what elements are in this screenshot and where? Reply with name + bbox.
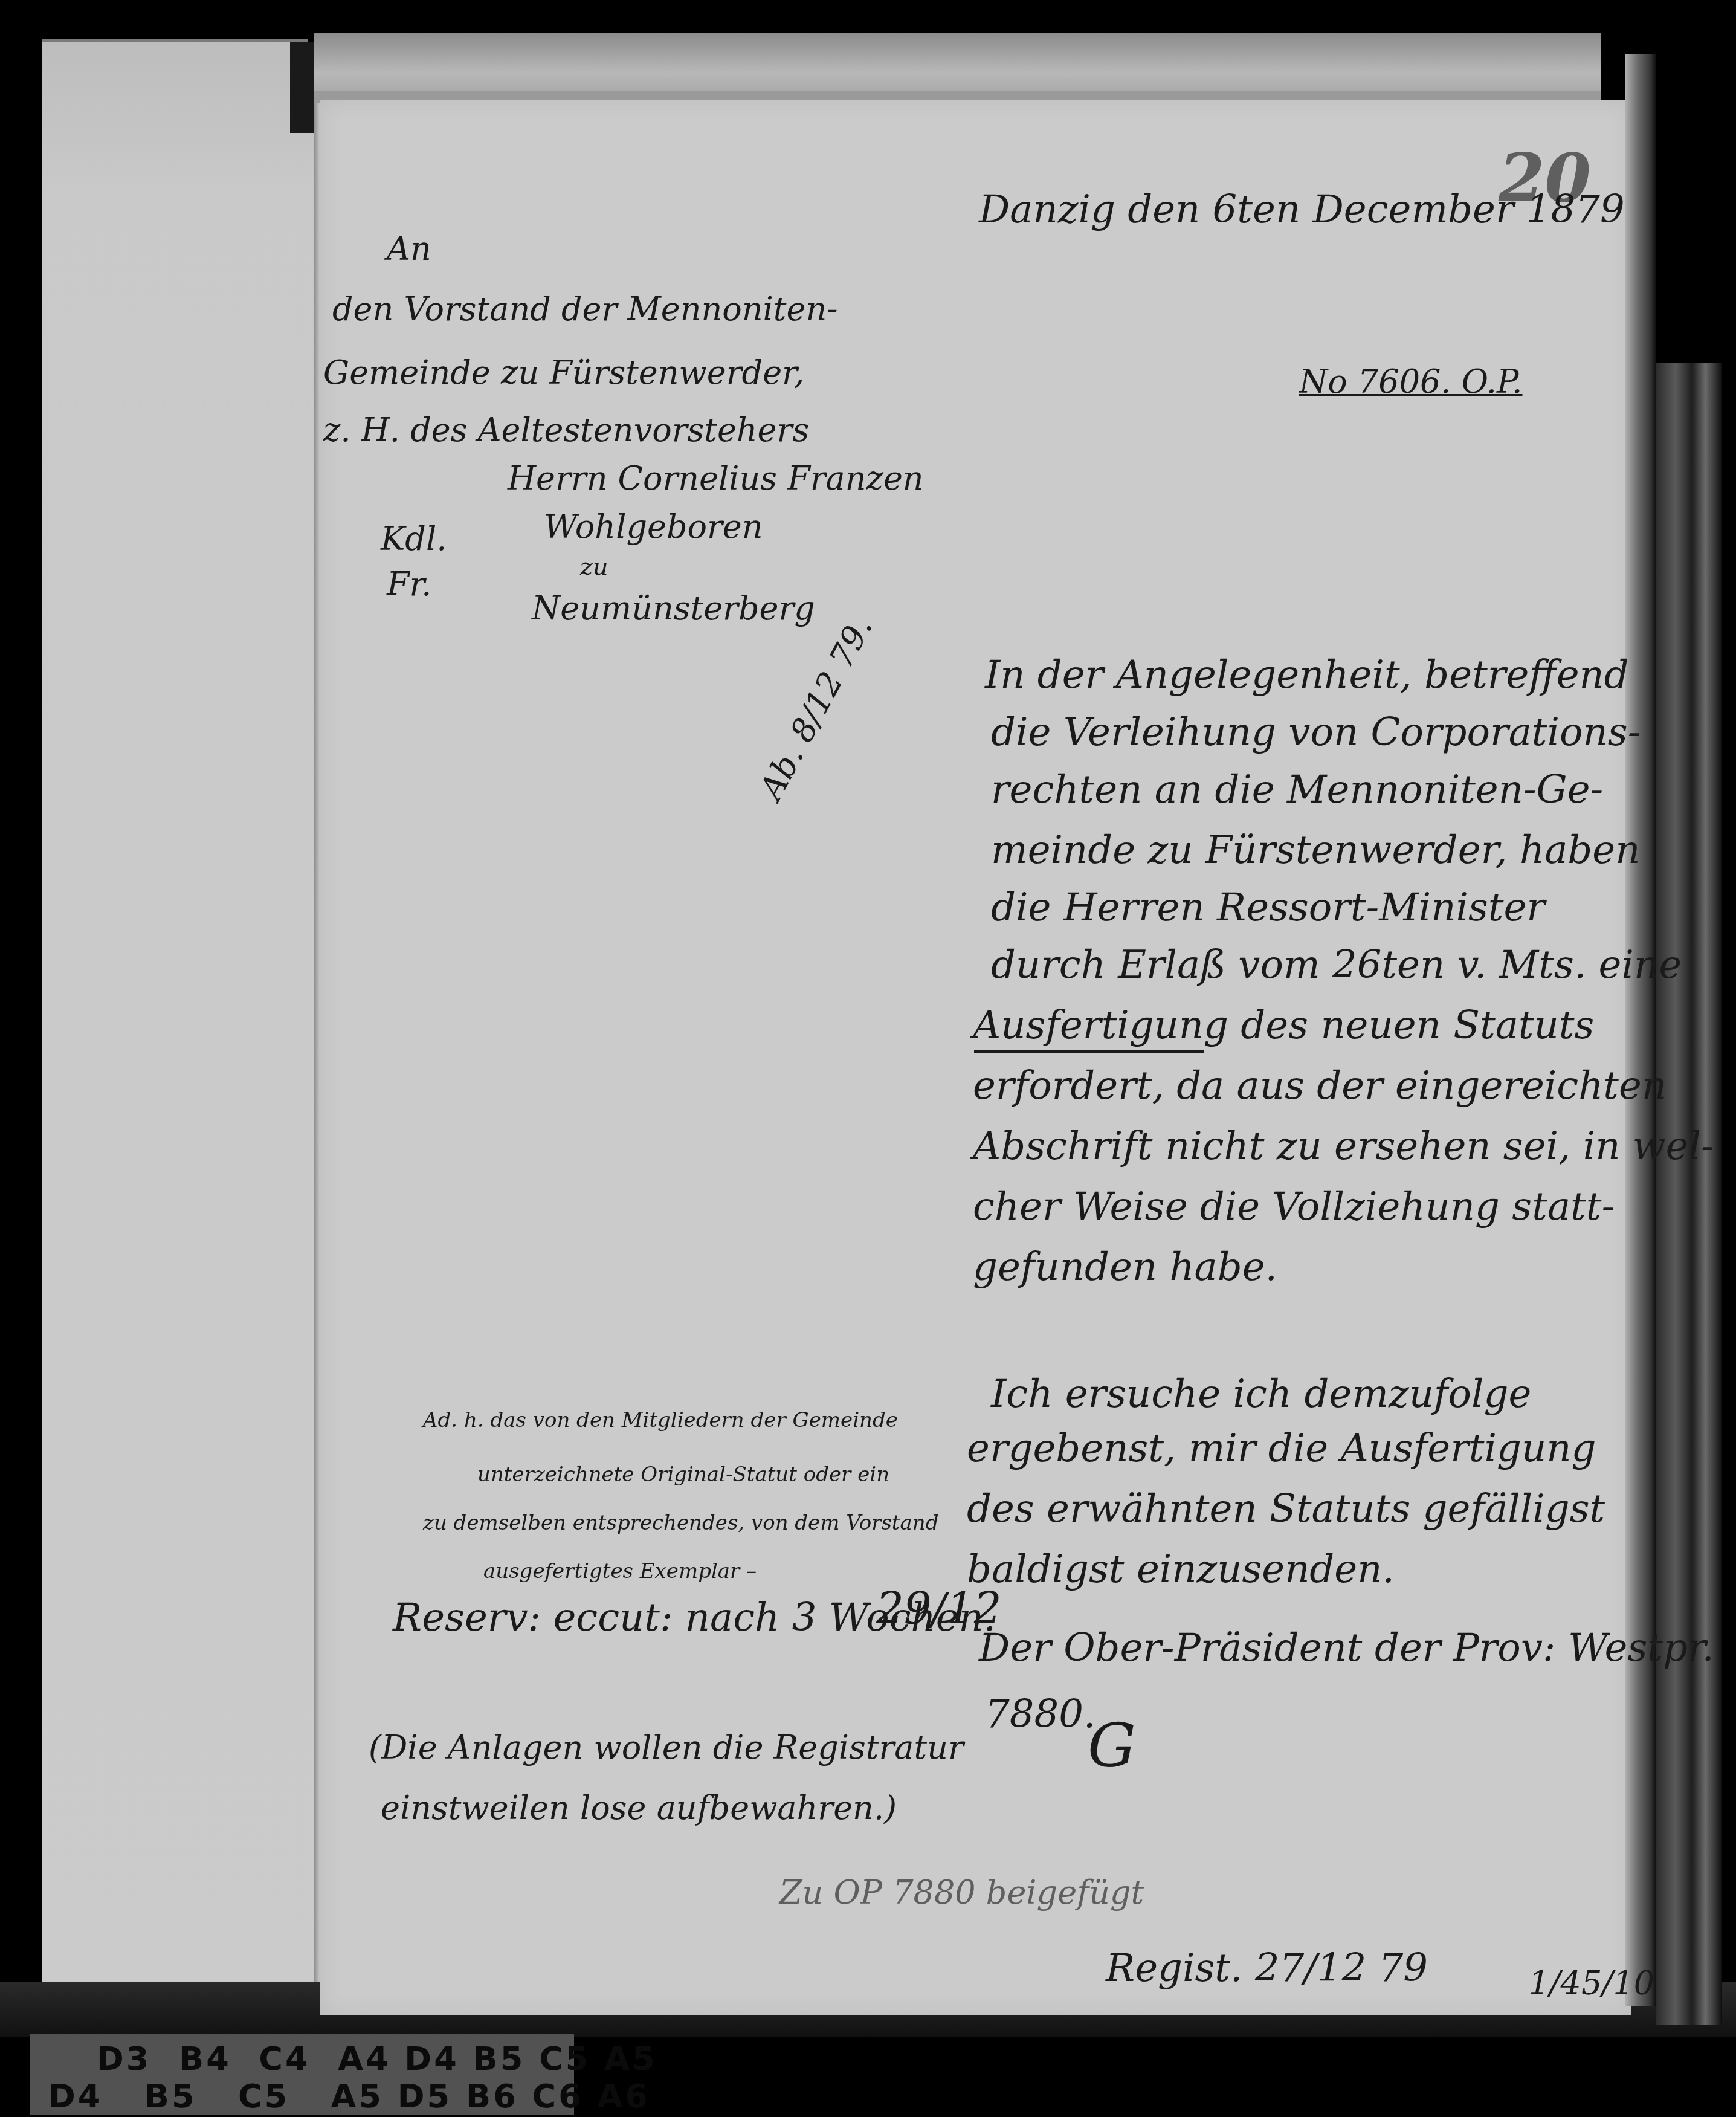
address-line: Gemeinde zu Fürstenwerder,	[323, 354, 804, 392]
address-line: Neumünsterberg	[532, 589, 815, 627]
registry-note: einstweilen lose aufbewahren.)	[381, 1789, 897, 1827]
body-line: durch Erlaß vom 26ten v. Mts. eine	[991, 943, 1682, 987]
address-line: An	[387, 230, 431, 268]
body-line: rechten an die Mennoniten-Ge-	[991, 768, 1603, 812]
request-line: baldigst einzusenden.	[967, 1547, 1395, 1592]
microfilm-code-strip: D3 B4 C4 A4 D4 B5 C5 A5 D4 B5 C5 A5 D5 B…	[30, 2034, 574, 2115]
film-code: C6	[532, 2077, 584, 2115]
annotation-line: unterzeichnete Original-Statut oder ein	[477, 1463, 889, 1487]
margin-note: Kdl.	[381, 520, 447, 558]
film-codes-row-2: D4 B5 C5 A5 D5 B6 C6 A6	[48, 2077, 650, 2115]
request-line: ergebenst, mir die Ausfertigung	[967, 1426, 1596, 1471]
film-code: D4	[404, 2040, 459, 2078]
body-line: Ausfertigung des neuen Statuts	[973, 1003, 1594, 1048]
film-code: C5	[238, 2077, 289, 2115]
signature-initial: G	[1088, 1710, 1136, 1781]
film-code: A5	[604, 2040, 657, 2078]
page-right-edge	[1625, 54, 1656, 2006]
film-code: C5	[539, 2040, 590, 2078]
film-code: D4	[48, 2077, 103, 2115]
request-line: des erwähnten Statuts gefälligst	[967, 1487, 1605, 1531]
left-facing-page	[42, 42, 314, 1982]
emphasis-underline	[974, 1050, 1204, 1053]
pencil-note: Zu OP 7880 beigefügt	[779, 1873, 1144, 1912]
signature-line: Der Ober-Präsident der Prov: Westpr.	[979, 1626, 1714, 1670]
annotation-line: ausgefertigtes Exemplar –	[483, 1559, 757, 1583]
film-code: B4	[179, 2040, 231, 2078]
margin-note: Fr.	[387, 565, 432, 603]
film-code: B5	[144, 2077, 197, 2115]
address-line: z. H. des Aeltestenvorstehers	[323, 411, 809, 449]
folder-top-edge	[314, 33, 1601, 100]
film-code: D5	[398, 2077, 452, 2115]
reference-number: No 7606. O.P.	[1299, 363, 1523, 401]
body-line: die Verleihung von Corporations-	[991, 710, 1641, 755]
film-code: B5	[473, 2040, 526, 2078]
film-code: C4	[259, 2040, 310, 2078]
annotation-line: Ad. h. das von den Mitgliedern der Gemei…	[423, 1408, 898, 1432]
body-line: erfordert, da aus der eingereichten	[973, 1064, 1667, 1108]
reserved-date: 29/12	[876, 1583, 1002, 1634]
film-code: A5	[331, 2077, 384, 2115]
address-line: zu	[580, 553, 608, 581]
address-line: Wohlgeboren	[544, 508, 763, 546]
body-line: In der Angelegenheit, betreffend	[985, 653, 1629, 697]
body-line: Abschrift nicht zu ersehen sei, in wel-	[973, 1124, 1714, 1169]
film-code: D3	[97, 2040, 151, 2078]
binding-tab	[290, 42, 314, 133]
place-date: Danzig den 6ten December 1879	[979, 187, 1625, 232]
file-binding-stack	[1656, 363, 1722, 2025]
film-code: A4	[338, 2040, 390, 2078]
body-line: cher Weise die Vollziehung statt-	[973, 1185, 1615, 1229]
annotation-line: zu demselben entsprechendes, von dem Vor…	[423, 1511, 938, 1535]
film-codes-row-1: D3 B4 C4 A4 D4 B5 C5 A5	[97, 2040, 657, 2078]
body-line: gefunden habe.	[973, 1245, 1277, 1290]
registry-stamp: Regist. 27/12 79	[1106, 1946, 1428, 1991]
address-line: den Vorstand der Mennoniten-	[332, 290, 838, 328]
body-line: meinde zu Fürstenwerder, haben	[991, 828, 1640, 873]
journal-number: 7880.	[985, 1692, 1095, 1737]
film-code: A6	[598, 2077, 650, 2115]
film-code: B6	[466, 2077, 518, 2115]
address-line: Herrn Cornelius Franzen	[508, 459, 924, 497]
page-number: 1/45/10	[1529, 1964, 1654, 2002]
request-line: Ich ersuche ich demzufolge	[991, 1372, 1531, 1417]
registry-note: (Die Anlagen wollen die Registratur	[369, 1728, 964, 1766]
body-line: die Herren Ressort-Minister	[991, 885, 1545, 930]
